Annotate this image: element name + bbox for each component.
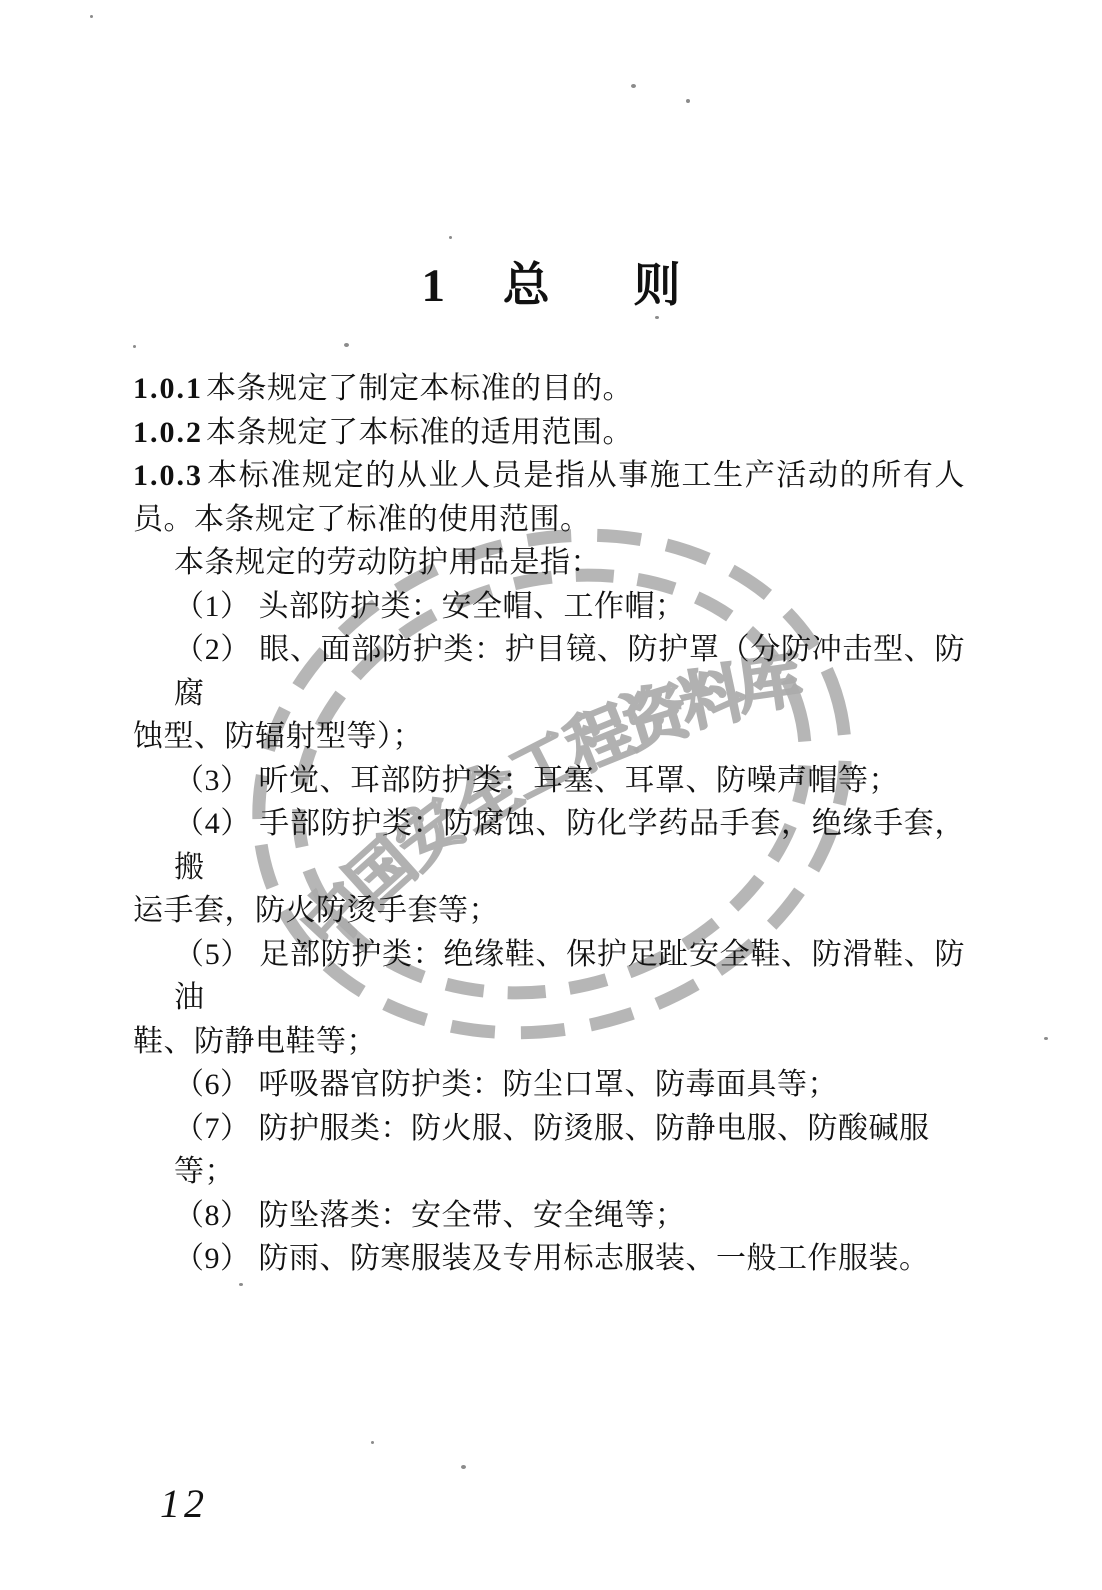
clause-line: 1.0.1本条规定了制定本标准的目的。 [133, 367, 965, 411]
clause-line: （6） 呼吸器官防护类：防尘口罩、防毒面具等； [133, 1063, 965, 1107]
clause-line-text: （8） 防坠落类：安全带、安全绳等； [174, 1199, 686, 1232]
clause-line: （4） 手部防护类：防腐蚀、防化学药品手套，绝缘手套，搬 [133, 802, 965, 889]
clause-line: （9） 防雨、防寒服装及专用标志服装、一般工作服装。 [133, 1237, 965, 1281]
clause-line-text: （5） 足部防护类：绝缘鞋、保护足趾安全鞋、防滑鞋、防油 [174, 938, 965, 1015]
clause-line: （5） 足部防护类：绝缘鞋、保护足趾安全鞋、防滑鞋、防油 [133, 933, 965, 1020]
scan-speck-icon [239, 1283, 243, 1286]
clause-line-text: （1） 头部防护类：安全帽、工作帽； [174, 590, 686, 623]
scan-speck-icon [344, 343, 349, 347]
scan-speck-icon [371, 1441, 374, 1444]
clause-line: 运手套，防火防烫手套等； [133, 889, 965, 933]
page-number: 12 [160, 1480, 208, 1527]
chapter-title-first-char: 总 [503, 260, 550, 312]
clause-number: 1.0.2 [133, 411, 206, 455]
clause-line: 本条规定的劳动防护用品是指： [133, 541, 965, 585]
scan-speck-icon [461, 1465, 466, 1469]
clause-line-text: 本条规定了本标准的适用范围。 [206, 416, 633, 449]
clause-line: 1.0.3本标准规定的从业人员是指从事施工生产活动的所有人 [133, 454, 965, 498]
clause-line-text: 蚀型、防辐射型等）； [133, 720, 423, 753]
clause-line: （7） 防护服类：防火服、防烫服、防静电服、防酸碱服等； [133, 1107, 965, 1194]
clause-line: 鞋、防静电鞋等； [133, 1020, 965, 1064]
clause-line-text: 本条规定的劳动防护用品是指： [174, 546, 601, 579]
clause-line-text: （7） 防护服类：防火服、防烫服、防静电服、防酸碱服等； [174, 1112, 930, 1189]
clause-text-block: 1.0.1本条规定了制定本标准的目的。1.0.2本条规定了本标准的适用范围。1.… [133, 367, 965, 1281]
scan-speck-icon [1044, 1037, 1048, 1040]
clause-line-text: 本条规定了制定本标准的目的。 [206, 372, 633, 405]
scan-speck-icon [133, 345, 136, 348]
scan-speck-icon [686, 99, 690, 103]
clause-line-text: （4） 手部防护类：防腐蚀、防化学药品手套，绝缘手套，搬 [174, 807, 965, 884]
scanned-document-page: 中国安全工程资料库 1 总 则 1.0.1本条规定了制定本标准的目的。1.0.2… [0, 0, 1102, 1590]
clause-line-text: 员。本条规定了标准的使用范围。 [133, 503, 591, 536]
clause-line: （3） 听觉、耳部防护类：耳塞、耳罩、防噪声帽等； [133, 759, 965, 803]
clause-line: 员。本条规定了标准的使用范围。 [133, 498, 965, 542]
clause-number: 1.0.3 [133, 454, 206, 498]
clause-line-text: 本标准规定的从业人员是指从事施工生产活动的所有人 [206, 459, 965, 492]
scan-speck-icon [655, 316, 659, 319]
scan-speck-icon [631, 84, 636, 88]
clause-line-text: （9） 防雨、防寒服装及专用标志服装、一般工作服装。 [174, 1242, 930, 1275]
clause-number: 1.0.1 [133, 367, 206, 411]
clause-line: 蚀型、防辐射型等）； [133, 715, 965, 759]
clause-line-text: （3） 听觉、耳部防护类：耳塞、耳罩、防噪声帽等； [174, 764, 899, 797]
clause-line-text: （6） 呼吸器官防护类：防尘口罩、防毒面具等； [174, 1068, 838, 1101]
clause-line-text: 运手套，防火防烫手套等； [133, 894, 499, 927]
clause-line-text: 鞋、防静电鞋等； [133, 1025, 377, 1058]
scan-speck-icon [449, 236, 452, 239]
clause-line: 1.0.2本条规定了本标准的适用范围。 [133, 411, 965, 455]
clause-line: （8） 防坠落类：安全带、安全绳等； [133, 1194, 965, 1238]
chapter-title-second-char: 则 [634, 260, 681, 312]
clause-line-text: （2） 眼、面部防护类：护目镜、防护罩（分防冲击型、防腐 [174, 633, 965, 710]
chapter-number: 1 [422, 260, 446, 312]
clause-line: （2） 眼、面部防护类：护目镜、防护罩（分防冲击型、防腐 [133, 628, 965, 715]
scan-speck-icon [90, 15, 93, 18]
chapter-heading: 1 总 则 [0, 248, 1102, 315]
clause-line: （1） 头部防护类：安全帽、工作帽； [133, 585, 965, 629]
